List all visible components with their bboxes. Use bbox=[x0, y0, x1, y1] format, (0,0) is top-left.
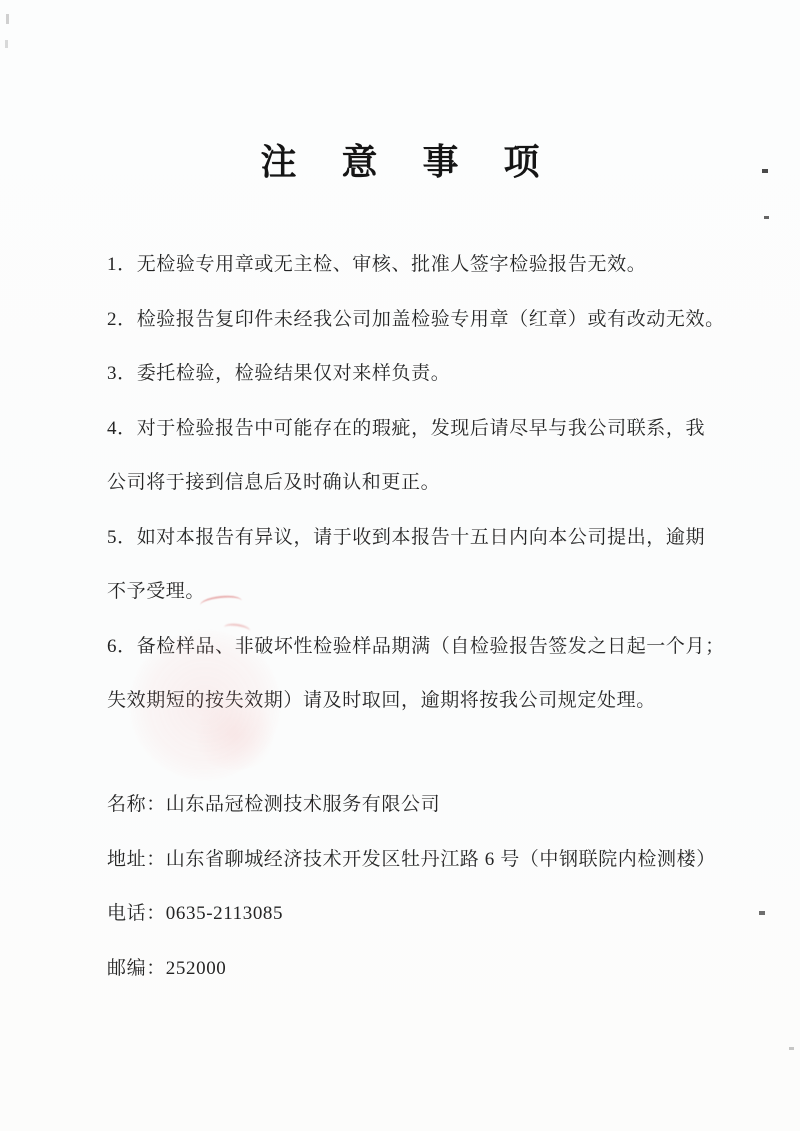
notice-line-4-cont: 公司将于接到信息后及时确认和更正。 bbox=[107, 456, 707, 511]
contact-address-line: 地址：山东省聊城经济技术开发区牡丹江路 6 号（中钢联院内检测楼） bbox=[107, 833, 727, 888]
scanned-document-page: 注 意 事 项 1．无检验专用章或无主检、审核、批准人签字检验报告无效。 2．检… bbox=[0, 0, 800, 1131]
scan-speck bbox=[764, 216, 769, 219]
scan-speck bbox=[6, 14, 9, 24]
page-title: 注 意 事 项 bbox=[0, 134, 800, 185]
contact-postcode-line: 邮编：252000 bbox=[107, 942, 727, 997]
notice-line-5: 5．如对本报告有异议，请于收到本报告十五日内向本公司提出，逾期 bbox=[107, 511, 707, 566]
notice-line-5-cont: 不予受理。 bbox=[107, 565, 707, 620]
notice-line-6: 6．备检样品、非破坏性检验样品期满（自检验报告签发之日起一个月； bbox=[107, 620, 707, 675]
notice-list: 1．无检验专用章或无主检、审核、批准人签字检验报告无效。 2．检验报告复印件未经… bbox=[107, 238, 707, 729]
scan-speck bbox=[759, 911, 765, 915]
contact-block: 名称：山东品冠检测技术服务有限公司 地址：山东省聊城经济技术开发区牡丹江路 6 … bbox=[107, 778, 727, 996]
scan-speck bbox=[5, 40, 8, 48]
notice-line-3: 3．委托检验，检验结果仅对来样负责。 bbox=[107, 347, 707, 402]
contact-phone-line: 电话：0635-2113085 bbox=[107, 887, 727, 942]
contact-name-line: 名称：山东品冠检测技术服务有限公司 bbox=[107, 778, 727, 833]
scan-speck bbox=[789, 1047, 794, 1050]
notice-line-6-cont: 失效期短的按失效期）请及时取回，逾期将按我公司规定处理。 bbox=[107, 674, 707, 729]
notice-line-4: 4．对于检验报告中可能存在的瑕疵，发现后请尽早与我公司联系，我 bbox=[107, 402, 707, 457]
notice-line-2: 2．检验报告复印件未经我公司加盖检验专用章（红章）或有改动无效。 bbox=[107, 293, 707, 348]
notice-line-1: 1．无检验专用章或无主检、审核、批准人签字检验报告无效。 bbox=[107, 238, 707, 293]
